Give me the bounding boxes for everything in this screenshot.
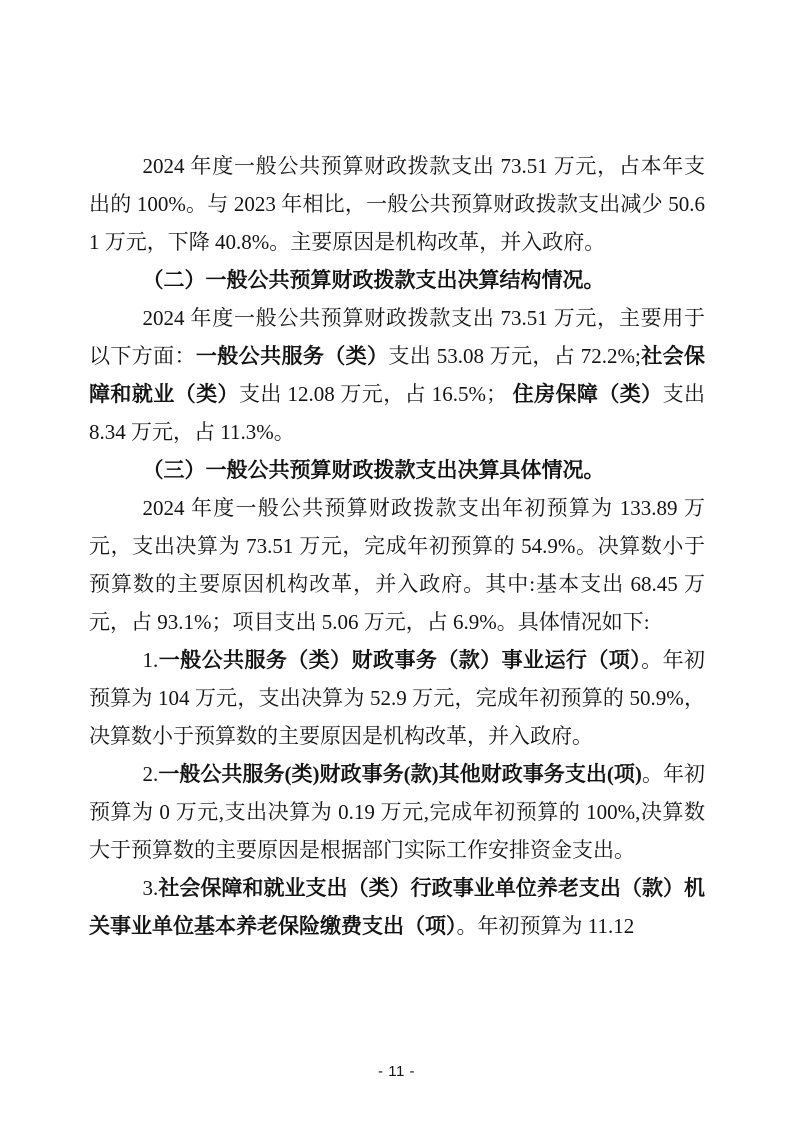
document-body: 2024 年度一般公共预算财政拨款支出 73.51 万元，占本年支出的 100%… bbox=[89, 147, 705, 945]
text-run: 3. bbox=[143, 876, 159, 900]
text-run: 住房保障（类） bbox=[513, 382, 663, 406]
text-run: 。年初预算为 11.12 bbox=[457, 914, 635, 938]
text-run: 支出 53.08 万元，占 72.2%; bbox=[388, 344, 641, 368]
text-run: 一般公共服务（类）财政事务（款）事业运行（项） bbox=[158, 648, 641, 672]
paragraph-item-2: 2.一般公共服务(类)财政事务(款)其他财政事务支出(项)。年初预算为 0 万元… bbox=[89, 755, 705, 869]
text-run: 2024 年度一般公共预算财政拨款支出 73.51 万元，占本年支出的 100%… bbox=[89, 154, 705, 254]
text-run: （二）一般公共预算财政拨款支出决算结构情况。 bbox=[143, 268, 605, 292]
paragraph-expenditure-overview: 2024 年度一般公共预算财政拨款支出 73.51 万元，占本年支出的 100%… bbox=[89, 147, 705, 261]
paragraph-structure-detail: 2024 年度一般公共预算财政拨款支出 73.51 万元，主要用于以下方面：一般… bbox=[89, 299, 705, 451]
text-run: 支出 12.08 万元，占 16.5%； bbox=[239, 382, 513, 406]
heading-section-2: （二）一般公共预算财政拨款支出决算结构情况。 bbox=[89, 261, 705, 299]
paragraph-item-1: 1.一般公共服务（类）财政事务（款）事业运行（项）。年初预算为 104 万元，支… bbox=[89, 641, 705, 755]
document-page: 2024 年度一般公共预算财政拨款支出 73.51 万元，占本年支出的 100%… bbox=[0, 0, 793, 1122]
paragraph-specifics-overview: 2024 年度一般公共预算财政拨款支出年初预算为 133.89 万元，支出决算为… bbox=[89, 489, 705, 641]
text-run: 一般公共服务（类） bbox=[196, 344, 388, 368]
paragraph-item-3: 3.社会保障和就业支出（类）行政事业单位养老支出（款）机关事业单位基本养老保险缴… bbox=[89, 869, 705, 945]
text-run: 一般公共服务(类)财政事务(款)其他财政事务支出(项) bbox=[158, 762, 642, 786]
text-run: （三）一般公共预算财政拨款支出决算具体情况。 bbox=[143, 458, 605, 482]
heading-section-3: （三）一般公共预算财政拨款支出决算具体情况。 bbox=[89, 451, 705, 489]
text-run: 2. bbox=[143, 762, 159, 786]
page-number: - 11 - bbox=[0, 1062, 793, 1082]
text-run: 2024 年度一般公共预算财政拨款支出年初预算为 133.89 万元，支出决算为… bbox=[89, 496, 705, 634]
text-run: 1. bbox=[143, 648, 159, 672]
